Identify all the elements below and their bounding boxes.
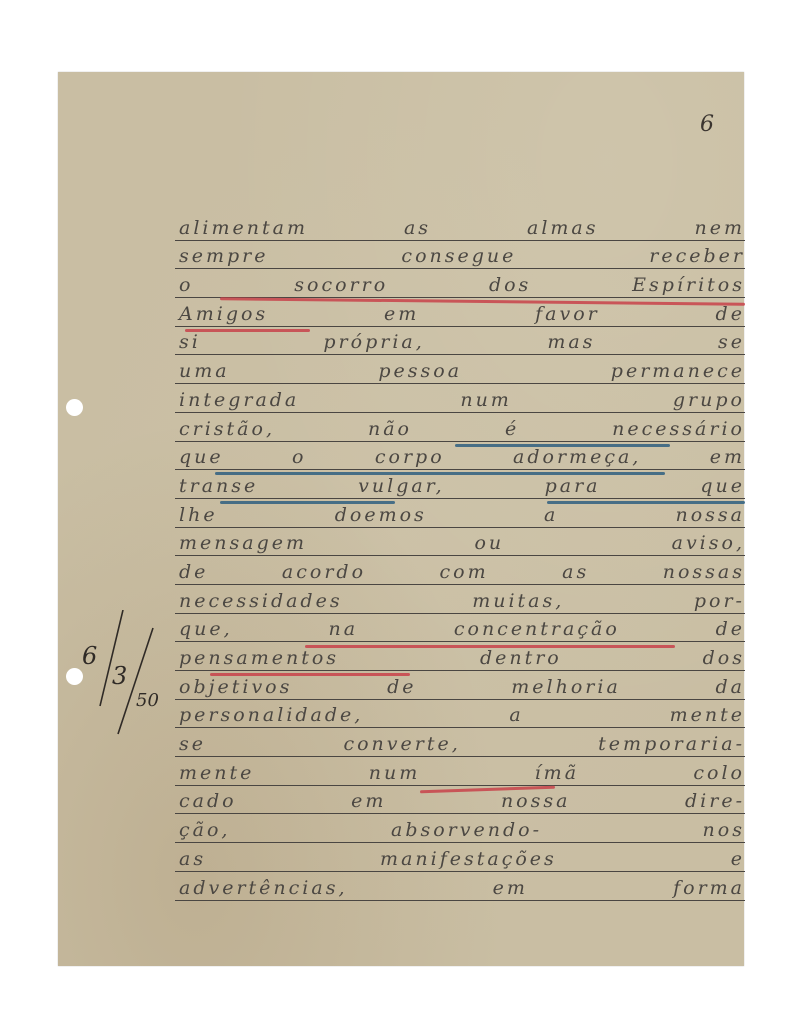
date-slashes: [78, 610, 178, 750]
text-line: pensamentosdentrodos: [175, 642, 745, 671]
word: grupo: [673, 389, 745, 411]
text-line: objetivosdemelhoriada: [175, 671, 745, 700]
word: ção,: [179, 819, 230, 841]
word: as: [179, 848, 206, 870]
word: converte,: [343, 733, 460, 755]
word: nos: [703, 819, 745, 841]
word: Amigos: [179, 303, 268, 325]
punch-hole-upper: [66, 399, 83, 416]
text-line: osocorrodosEspíritos: [175, 269, 745, 298]
date-day: 6: [82, 642, 97, 670]
word: receber: [649, 245, 745, 267]
word: cado: [179, 790, 237, 812]
text-line: alimentamasalmasnem: [175, 212, 745, 241]
word: colo: [693, 762, 745, 784]
word: mente: [670, 704, 745, 726]
word: integrada: [179, 389, 299, 411]
word: alimentam: [179, 217, 308, 239]
word: si: [179, 331, 201, 353]
word: absorvendo-: [391, 819, 542, 841]
word: almas: [527, 217, 599, 239]
word: nossa: [675, 504, 745, 526]
word: dos: [489, 274, 531, 296]
word: manifestações: [380, 848, 557, 870]
word: personalidade,: [179, 704, 363, 726]
text-line: cristão,nãoénecessário: [175, 413, 745, 442]
word: em: [493, 877, 528, 899]
word: a: [509, 704, 523, 726]
word: cristão,: [179, 418, 275, 440]
text-line: advertências,emforma: [175, 872, 745, 901]
text-line: mentenumímãcolo: [175, 757, 745, 786]
text-line: lhedoemosanossa: [175, 499, 745, 528]
text-line: necessidadesmuitas,por-: [175, 585, 745, 614]
ruled-text-body: alimentamasalmasnem sempreconseguerecebe…: [175, 212, 745, 901]
text-line: cadoemnossadire-: [175, 786, 745, 815]
word: as: [404, 217, 431, 239]
text-line: Amigosemfavorde: [175, 298, 745, 327]
word: advertências,: [179, 877, 348, 899]
text-line: ção,absorvendo-nos: [175, 814, 745, 843]
word: mente: [179, 762, 254, 784]
word: que,: [179, 618, 233, 640]
date-month: 3: [112, 662, 127, 690]
margin-date: 6 3 50: [78, 610, 178, 740]
page-number: 6: [700, 112, 714, 137]
text-line: integradanumgrupo: [175, 384, 745, 413]
word: Espíritos: [632, 274, 745, 296]
word: de: [716, 303, 745, 325]
word: e: [731, 848, 745, 870]
word: própria,: [323, 331, 424, 353]
word: sempre: [179, 245, 269, 267]
word: é: [505, 418, 519, 440]
word: num: [460, 389, 512, 411]
word: lhe: [179, 504, 218, 526]
word: dentro: [480, 647, 562, 669]
word: ímã: [535, 762, 579, 784]
text-line: siprópria,masse: [175, 327, 745, 356]
text-line: personalidade,amente: [175, 700, 745, 729]
word: que: [700, 475, 745, 497]
word: nossa: [501, 790, 571, 812]
word: mas: [547, 331, 595, 353]
word: de: [179, 561, 208, 583]
word: na: [328, 618, 358, 640]
word: aviso,: [672, 532, 745, 554]
word: vulgar,: [358, 475, 445, 497]
word: acordo: [282, 561, 366, 583]
word: concentração: [454, 618, 620, 640]
word: pensamentos: [179, 647, 339, 669]
word: se: [179, 733, 206, 755]
word: forma: [673, 877, 745, 899]
word: se: [718, 331, 745, 353]
word: ou: [474, 532, 504, 554]
word: em: [710, 446, 745, 468]
word: favor: [535, 303, 600, 325]
word: permanece: [611, 360, 745, 382]
text-line: umapessoapermanece: [175, 355, 745, 384]
text-line: transevulgar,paraque: [175, 470, 745, 499]
word: as: [562, 561, 589, 583]
text-line: deacordocomasnossas: [175, 556, 745, 585]
word: que: [179, 446, 224, 468]
word: socorro: [294, 274, 388, 296]
word: adormeça,: [513, 446, 641, 468]
word: dire-: [685, 790, 745, 812]
word: necessário: [612, 418, 745, 440]
text-line: sempreconseguereceber: [175, 241, 745, 270]
word: mensagem: [179, 532, 307, 554]
text-line: seconverte,temporaria-: [175, 728, 745, 757]
word: em: [351, 790, 386, 812]
word: melhoria: [511, 676, 621, 698]
text-line: asmanifestaçõese: [175, 843, 745, 872]
word: o: [179, 274, 193, 296]
word: de: [716, 618, 745, 640]
text-line: que,naconcentraçãode: [175, 614, 745, 643]
word: muitas,: [472, 590, 564, 612]
word: temporaria-: [598, 733, 745, 755]
word: nem: [695, 217, 746, 239]
word: nossas: [663, 561, 745, 583]
word: a: [544, 504, 558, 526]
word: para: [545, 475, 601, 497]
word: da: [716, 676, 746, 698]
word: em: [384, 303, 419, 325]
word: uma: [179, 360, 230, 382]
word: não: [368, 418, 412, 440]
word: consegue: [401, 245, 516, 267]
word: doemos: [335, 504, 427, 526]
word: por-: [694, 590, 745, 612]
word: o: [292, 446, 306, 468]
word: num: [369, 762, 421, 784]
word: com: [440, 561, 489, 583]
word: dos: [703, 647, 745, 669]
word: objetivos: [179, 676, 292, 698]
date-year: 50: [136, 690, 159, 711]
text-line: queocorpoadormeça,em: [175, 442, 745, 471]
text-line: mensagemouaviso,: [175, 528, 745, 557]
word: de: [387, 676, 416, 698]
word: necessidades: [179, 590, 343, 612]
word: transe: [179, 475, 258, 497]
word: pessoa: [378, 360, 462, 382]
word: corpo: [375, 446, 445, 468]
